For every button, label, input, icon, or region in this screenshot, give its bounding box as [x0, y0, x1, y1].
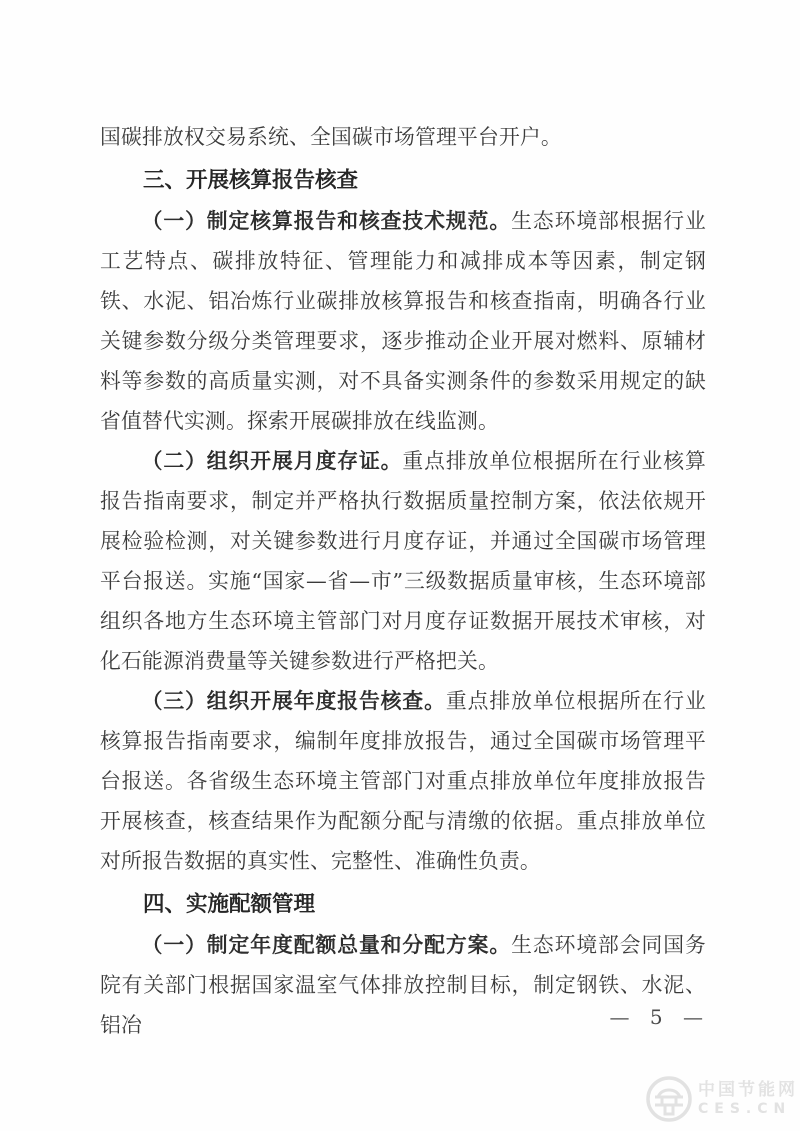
paragraph-3-1-lead: （一）制定核算报告和核查技术规范。 — [142, 208, 512, 233]
paragraph-3-3-lead: （三）组织开展年度报告核查。 — [142, 688, 446, 713]
paragraph-3-2-lead: （二）组织开展月度存证。 — [142, 448, 403, 473]
paragraph-3-1-body: 生态环境部根据行业工艺特点、碳排放特征、管理能力和减排成本等因素，制定钢铁、水泥… — [100, 209, 706, 433]
paragraph-4-1-lead: （一）制定年度配额总量和分配方案。 — [142, 932, 512, 957]
watermark-text: 中国节能网 CES.CN — [698, 1080, 798, 1118]
document-body: 国碳排放权交易系统、全国碳市场管理平台开户。 三、开展核算报告核查 （一）制定核… — [100, 117, 706, 1045]
page-number: — 5 — — [610, 1002, 703, 1032]
watermark-logo-icon — [645, 1075, 693, 1123]
watermark: 中国节能网 CES.CN — [645, 1075, 798, 1123]
section-heading-3: 三、开展核算报告核查 — [100, 161, 706, 201]
paragraph-3-1: （一）制定核算报告和核查技术规范。生态环境部根据行业工艺特点、碳排放特征、管理能… — [100, 201, 706, 441]
paragraph-continuation: 国碳排放权交易系统、全国碳市场管理平台开户。 — [100, 117, 706, 157]
paragraph-3-2: （二）组织开展月度存证。重点排放单位根据所在行业核算报告指南要求，制定并严格执行… — [100, 441, 706, 681]
watermark-site-name: 中国节能网 — [698, 1080, 798, 1101]
paragraph-3-3-body: 重点排放单位根据所在行业核算报告指南要求，编制年度排放报告，通过全国碳市场管理平… — [100, 689, 706, 873]
watermark-site-domain: CES.CN — [698, 1101, 798, 1118]
section-heading-4: 四、实施配额管理 — [100, 885, 706, 925]
paragraph-3-2-body: 重点排放单位根据所在行业核算报告指南要求，制定并严格执行数据质量控制方案，依法依… — [100, 449, 706, 673]
paragraph-3-3: （三）组织开展年度报告核查。重点排放单位根据所在行业核算报告指南要求，编制年度排… — [100, 681, 706, 881]
document-page: 国碳排放权交易系统、全国碳市场管理平台开户。 三、开展核算报告核查 （一）制定核… — [0, 0, 800, 1131]
